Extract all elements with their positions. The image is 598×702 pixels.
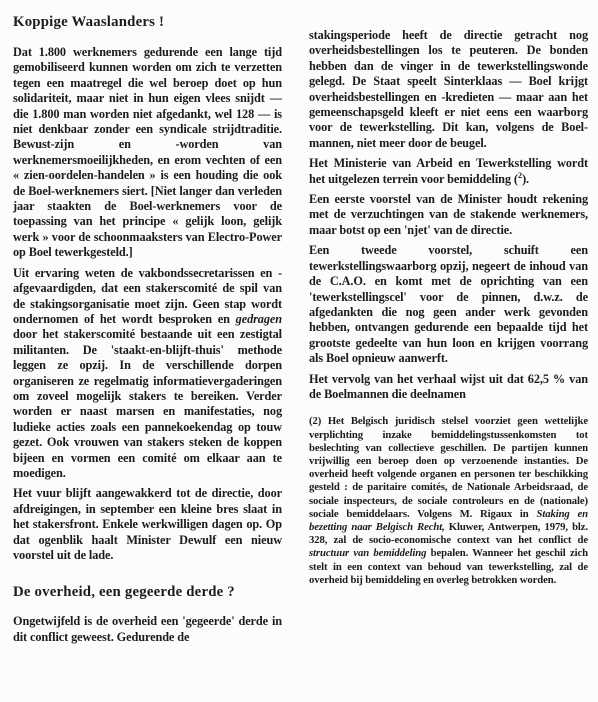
paragraph: Een eerste voorstel van de Minister houd… — [309, 192, 588, 238]
emphasis-italic: structuur van bemiddeling — [309, 547, 426, 559]
emphasis-italic: gedragen — [236, 312, 282, 326]
section-heading-de-overheid: De overheid, een gegeerde derde ? — [13, 584, 282, 601]
paragraph: Dat 1.800 werknemers gedurende een lange… — [13, 45, 282, 261]
scanned-article-page: Koppige Waaslanders ! Dat 1.800 werkneme… — [0, 0, 598, 702]
column-right: stakingsperiode heeft de directie getrac… — [309, 14, 588, 702]
paragraph: Het Ministerie van Arbeid en Tewerkstell… — [309, 156, 588, 187]
paragraph: Uit ervaring weten de vakbondssecretaris… — [13, 266, 282, 482]
paragraph-text: door het stakerscomité bestaande uit een… — [13, 327, 282, 480]
paragraph: Het vuur blijft aangewakkerd tot de dire… — [13, 486, 282, 563]
paragraph-text: Het Ministerie van Arbeid en Tewerkstell… — [309, 156, 588, 185]
column-left: Koppige Waaslanders ! Dat 1.800 werkneme… — [13, 14, 282, 702]
paragraph: Een tweede voorstel, schuift een tewerks… — [309, 243, 588, 366]
paragraph: Ongetwijfeld is de overheid een 'gegeerd… — [13, 614, 282, 645]
footnote-text: (2) Het Belgisch juridisch stelsel voorz… — [309, 415, 588, 519]
footnote-block: (2) Het Belgisch juridisch stelsel voorz… — [309, 415, 588, 587]
section-heading-koppige-waaslanders: Koppige Waaslanders ! — [13, 14, 282, 31]
paragraph-text: ). — [522, 172, 529, 186]
paragraph: Het vervolg van het verhaal wijst uit da… — [309, 372, 588, 403]
paragraph: stakingsperiode heeft de directie getrac… — [309, 28, 588, 151]
